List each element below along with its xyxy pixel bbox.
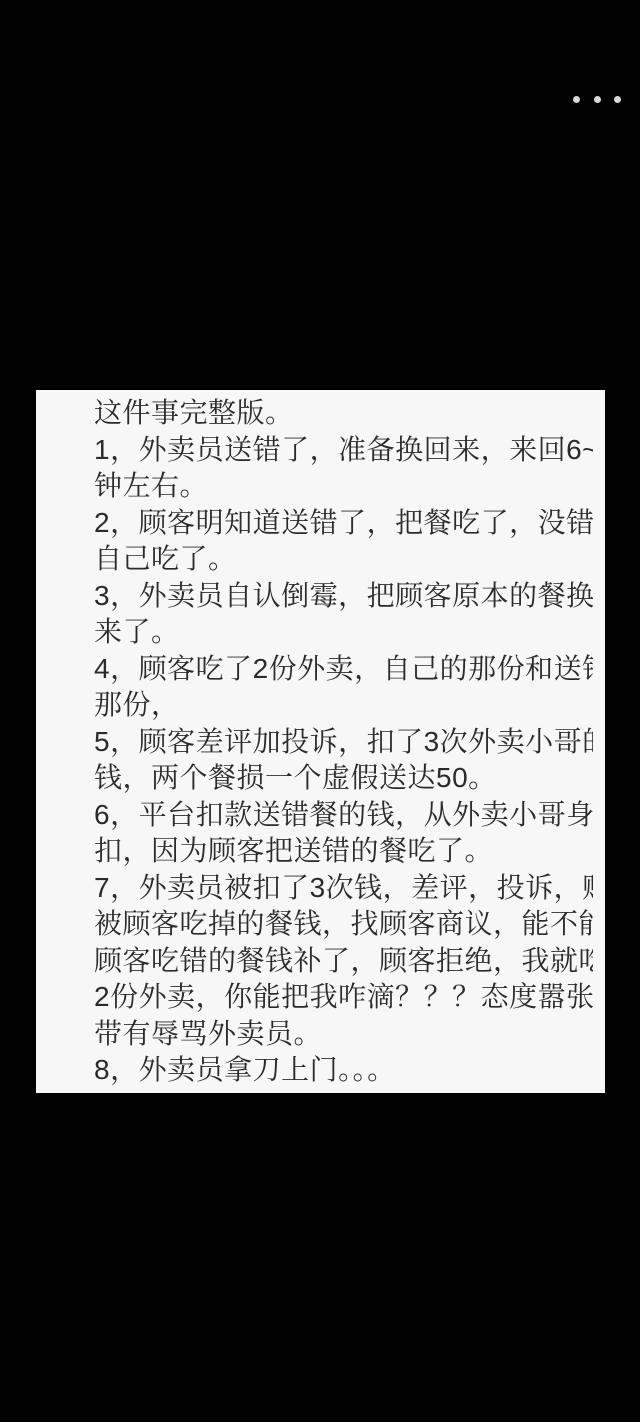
- ellipsis-icon: [573, 96, 580, 103]
- ellipsis-icon: [614, 96, 621, 103]
- text-line: 1，外卖员送错了，准备换回来，来回6~7分: [94, 432, 593, 469]
- text-line: 顾客吃错的餐钱补了，顾客拒绝，我就吃了: [94, 943, 593, 980]
- text-line: 2份外卖，你能把我咋滴？？？态度嚣张并: [94, 979, 593, 1016]
- text-line: 2，顾客明知道送错了，把餐吃了，没错，: [94, 505, 593, 542]
- text-line: 4，顾客吃了2份外卖，自己的那份和送错的: [94, 651, 593, 688]
- text-line: 8，外卖员拿刀上门。。。: [94, 1052, 593, 1089]
- image-viewer-screen: 这件事完整版。1，外卖员送错了，准备换回来，来回6~7分钟左右。2，顾客明知道送…: [0, 0, 640, 1422]
- ellipsis-icon: [594, 96, 601, 103]
- text-line: 那份，: [94, 687, 593, 724]
- text-line: 带有辱骂外卖员。: [94, 1016, 593, 1053]
- post-text: 这件事完整版。1，外卖员送错了，准备换回来，来回6~7分钟左右。2，顾客明知道送…: [94, 395, 593, 1089]
- text-line: 来了。: [94, 614, 593, 651]
- text-line: 3，外卖员自认倒霉，把顾客原本的餐换回: [94, 578, 593, 615]
- text-line: 扣，因为顾客把送错的餐吃了。: [94, 833, 593, 870]
- text-line: 被顾客吃掉的餐钱，找顾客商议，能不能把: [94, 906, 593, 943]
- post-image-card[interactable]: 这件事完整版。1，外卖员送错了，准备换回来，来回6~7分钟左右。2，顾客明知道送…: [36, 390, 605, 1093]
- text-line: 钱，两个餐损一个虚假送达50。: [94, 760, 593, 797]
- text-line: 5，顾客差评加投诉，扣了3次外卖小哥的: [94, 724, 593, 761]
- more-options-button[interactable]: [571, 88, 623, 110]
- text-line: 自己吃了。: [94, 541, 593, 578]
- text-line: 这件事完整版。: [94, 395, 593, 432]
- text-line: 钟左右。: [94, 468, 593, 505]
- text-line: 7，外卖员被扣了3次钱，差评，投诉，赔偿: [94, 870, 593, 907]
- text-line: 6，平台扣款送错餐的钱，从外卖小哥身上: [94, 797, 593, 834]
